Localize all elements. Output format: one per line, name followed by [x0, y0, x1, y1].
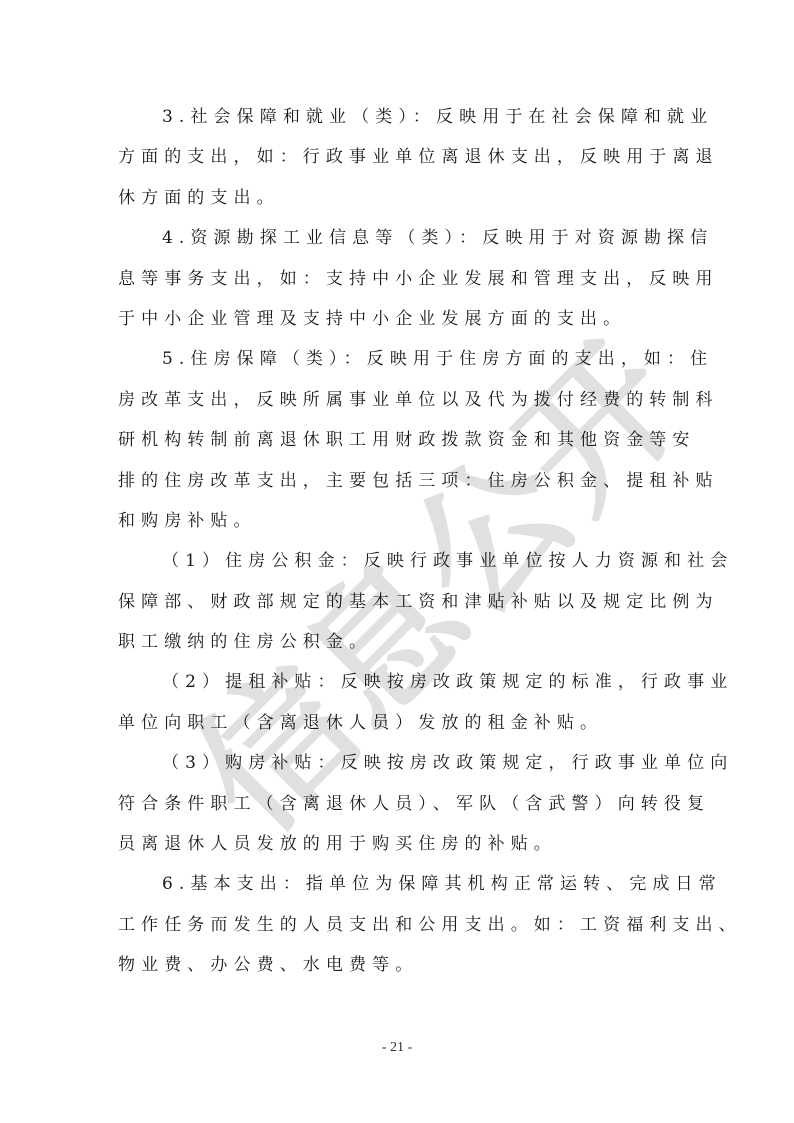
paragraph-purchase-subsidy: （3）购房补贴：反映按房改政策规定，行政事业单位向 符合条件职工（含离退休人员）…	[118, 743, 678, 864]
text-line: 职工缴纳的住房公积金。	[118, 622, 678, 662]
text-line: 保障部、财政部规定的基本工资和津贴补贴以及规定比例为	[118, 582, 678, 622]
text-line: 和购房补贴。	[118, 501, 678, 541]
paragraph-rent-subsidy: （2）提租补贴：反映按房改政策规定的标准，行政事业 单位向职工（含离退休人员）发…	[118, 662, 678, 743]
text-line: 员离退休人员发放的用于购买住房的补贴。	[118, 824, 678, 864]
paragraph-resource-exploration: 4.资源勘探工业信息等（类）：反映用于对资源勘探信 息等事务支出，如：支持中小企…	[118, 218, 678, 339]
text-line: 排的住房改革支出，主要包括三项：住房公积金、提租补贴	[118, 461, 678, 501]
paragraph-housing-fund: （1）住房公积金：反映行政事业单位按人力资源和社会 保障部、财政部规定的基本工资…	[118, 541, 678, 662]
text-line: 4.资源勘探工业信息等（类）：反映用于对资源勘探信	[118, 218, 678, 258]
text-line: （3）购房补贴：反映按房改政策规定，行政事业单位向	[118, 743, 678, 783]
text-line: 工作任务而发生的人员支出和公用支出。如：工资福利支出、	[118, 905, 678, 945]
page-number: - 21 -	[0, 1040, 794, 1056]
text-line: （2）提租补贴：反映按房改政策规定的标准，行政事业	[118, 662, 678, 702]
text-line: 单位向职工（含离退休人员）发放的租金补贴。	[118, 703, 678, 743]
text-line: 研机构转制前离退休职工用财政拨款资金和其他资金等安	[118, 420, 678, 460]
document-page: 信息公开 3.社会保障和就业（类）：反映用于在社会保障和就业 方面的支出，如：行…	[0, 0, 794, 1123]
text-line: 于中小企业管理及支持中小企业发展方面的支出。	[118, 299, 678, 339]
text-line: 房改革支出，反映所属事业单位以及代为拨付经费的转制科	[118, 380, 678, 420]
text-line: 休方面的支出。	[118, 178, 678, 218]
paragraph-housing-security: 5.住房保障（类）：反映用于住房方面的支出，如：住 房改革支出，反映所属事业单位…	[118, 339, 678, 541]
text-line: 物业费、办公费、水电费等。	[118, 945, 678, 985]
text-line: 5.住房保障（类）：反映用于住房方面的支出，如：住	[118, 339, 678, 379]
body-text: 3.社会保障和就业（类）：反映用于在社会保障和就业 方面的支出，如：行政事业单位…	[118, 97, 678, 986]
text-line: 符合条件职工（含离退休人员）、军队（含武警）向转役复	[118, 784, 678, 824]
text-line: （1）住房公积金：反映行政事业单位按人力资源和社会	[118, 541, 678, 581]
text-line: 3.社会保障和就业（类）：反映用于在社会保障和就业	[118, 97, 678, 137]
paragraph-social-security: 3.社会保障和就业（类）：反映用于在社会保障和就业 方面的支出，如：行政事业单位…	[118, 97, 678, 218]
text-line: 息等事务支出，如：支持中小企业发展和管理支出，反映用	[118, 259, 678, 299]
paragraph-basic-expenditure: 6.基本支出：指单位为保障其机构正常运转、完成日常 工作任务而发生的人员支出和公…	[118, 864, 678, 985]
text-line: 6.基本支出：指单位为保障其机构正常运转、完成日常	[118, 864, 678, 904]
text-line: 方面的支出，如：行政事业单位离退休支出，反映用于离退	[118, 137, 678, 177]
